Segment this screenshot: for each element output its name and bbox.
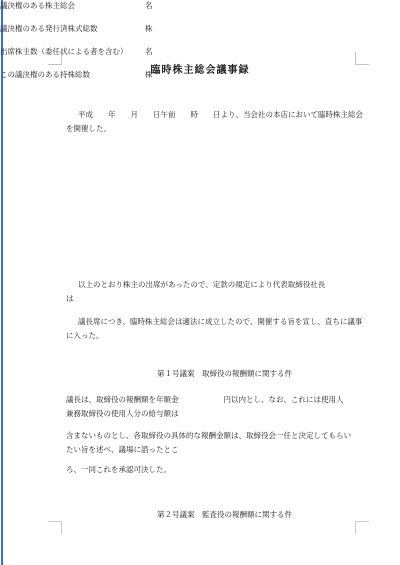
attendance-unit: 株 bbox=[145, 69, 153, 80]
chair-line-1: 議長席につき、臨時株主総会は適法に成立したので、開催する旨を宣し、直ちに議事 bbox=[66, 315, 362, 329]
agenda1-p2-line-2: たい旨を述べ、議場に諮ったとこ bbox=[66, 443, 351, 457]
chair-line-2: に入った。 bbox=[66, 329, 362, 343]
document-page[interactable]: 臨時株主総会議事録 平成 年 月 日午前 時 日より、当会社の本店において臨時株… bbox=[0, 0, 400, 565]
attendance-row-voting-shares: この議決権のある持株総数 株 bbox=[0, 69, 400, 92]
agenda1-p1-line-1: 議長は、取締役の報酬額を年額金 円以内とし、なお、これには使用人 bbox=[66, 393, 344, 407]
attendance-label: 議決権のある発行済株式総数 bbox=[0, 24, 98, 33]
attendance-label: 議決権のある株主総会 bbox=[0, 1, 75, 10]
attendance-label: 出席株主数（委任状による者を含む） bbox=[0, 47, 128, 56]
agenda1-p3-line-1: ろ、一同これを承認可決した。 bbox=[66, 463, 171, 477]
attendance-row-present-shareholders: 出席株主数（委任状による者を含む） 名 bbox=[0, 46, 400, 69]
attendance-unit: 名 bbox=[145, 0, 153, 11]
agenda1-paragraph-3: ろ、一同これを承認可決した。 bbox=[66, 463, 171, 477]
agenda1-paragraph-1: 議長は、取締役の報酬額を年額金 円以内とし、なお、これには使用人 兼務取締役の使… bbox=[66, 393, 344, 421]
attendance-row-shareholders: 議決権のある株主総会 名 bbox=[0, 0, 400, 23]
margin-mark-bottom-left bbox=[48, 521, 62, 534]
agenda2-heading: 第２号議案 監査役の報酬額に関する件 bbox=[157, 509, 292, 520]
quorum-paragraph: 以上のとおり株主の出席があったので、定款の規定により代表取締役社長 は bbox=[66, 278, 325, 306]
attendance-label: この議決権のある持株総数 bbox=[0, 70, 90, 79]
attendance-list: 議決権のある株主総会 名 議決権のある発行済株式総数 株 出席株主数（委任状によ… bbox=[0, 0, 400, 92]
opening-line-2: を開催した。 bbox=[66, 122, 363, 136]
agenda1-paragraph-2: 含まないものとし、各取締役の具体的な報酬金額は、取締役会一任と決定してもらい た… bbox=[66, 429, 351, 457]
agenda1-p2-line-1: 含まないものとし、各取締役の具体的な報酬金額は、取締役会一任と決定してもらい bbox=[66, 429, 351, 443]
opening-paragraph: 平成 年 月 日午前 時 日より、当会社の本店において臨時株主総会 を開催した。 bbox=[66, 108, 363, 136]
attendance-row-issued-shares: 議決権のある発行済株式総数 株 bbox=[0, 23, 400, 46]
attendance-unit: 名 bbox=[145, 46, 153, 57]
margin-mark-bottom-right bbox=[355, 521, 369, 534]
quorum-line-1: 以上のとおり株主の出席があったので、定款の規定により代表取締役社長 bbox=[66, 278, 325, 292]
chair-paragraph: 議長席につき、臨時株主総会は適法に成立したので、開催する旨を宣し、直ちに議事 に… bbox=[66, 315, 362, 343]
quorum-line-2: は bbox=[66, 292, 325, 306]
agenda1-heading: 第１号議案 取締役の報酬額に関する件 bbox=[157, 368, 292, 379]
agenda1-p1-line-2: 兼務取締役の使用人分の給与額は bbox=[66, 407, 344, 421]
attendance-unit: 株 bbox=[145, 23, 153, 34]
opening-line-1: 平成 年 月 日午前 時 日より、当会社の本店において臨時株主総会 bbox=[66, 108, 363, 122]
